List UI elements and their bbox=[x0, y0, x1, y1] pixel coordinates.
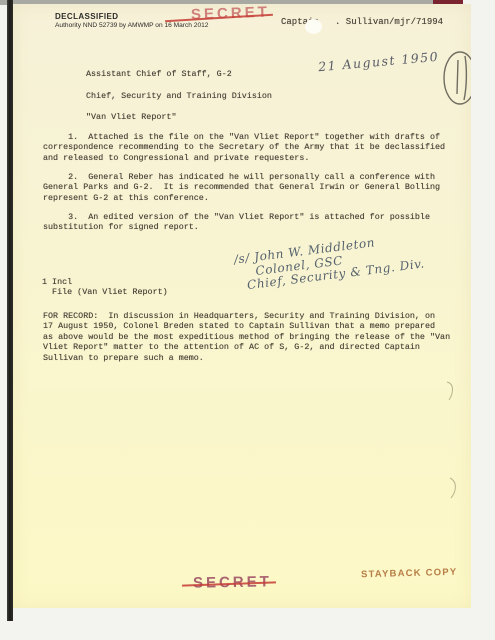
document-page: DECLASSIFIED Authority NND 52739 by AMWM… bbox=[13, 4, 471, 608]
erasure-hole bbox=[305, 19, 322, 34]
for-record-paragraph: FOR RECORD: In discussion in Headquarter… bbox=[43, 311, 450, 363]
pencil-squiggle bbox=[445, 476, 465, 500]
office-line: Chief, Security and Training Division bbox=[86, 91, 272, 101]
signature-block: /s/ John W. Middleton Colonel, GSC Chief… bbox=[233, 231, 425, 294]
declassified-stamp-authority: Authority NND 52739 by AMWMP on 16 March… bbox=[55, 22, 208, 29]
handwritten-date: 21 August 1950 bbox=[318, 49, 440, 75]
stayback-copy-stamp: STAYBACK COPY bbox=[361, 567, 458, 581]
paragraph-1: 1. Attached is the file on the "Van Vlie… bbox=[43, 132, 445, 163]
circled-pencil-mark bbox=[440, 48, 471, 108]
paragraph-2: 2. General Reber has indicated he will p… bbox=[43, 172, 440, 203]
pencil-squiggle bbox=[443, 380, 463, 402]
addressee-line: Assistant Chief of Staff, G-2 bbox=[86, 69, 232, 79]
enclosure-block: 1 Incl File (Van Vliet Report) bbox=[42, 277, 168, 298]
subject-line: "Van Vliet Report" bbox=[86, 112, 176, 122]
scanned-document: DECLASSIFIED Authority NND 52739 by AMWM… bbox=[0, 0, 495, 640]
paragraph-3: 3. An edited version of the "Van Vliet R… bbox=[43, 212, 430, 233]
